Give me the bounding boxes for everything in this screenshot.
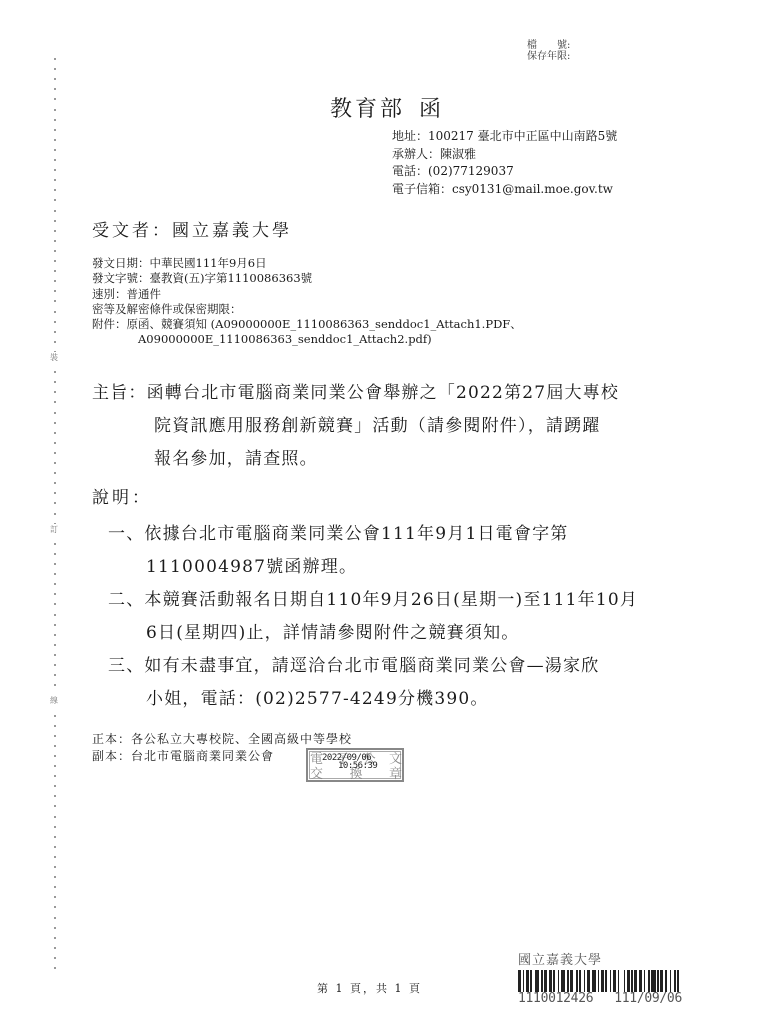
binding-dot <box>54 452 56 454</box>
binding-dot <box>54 119 56 121</box>
document-type: 函 <box>419 97 444 122</box>
binding-dot <box>54 684 56 686</box>
binding-dot <box>54 735 56 737</box>
binding-dot <box>54 422 56 424</box>
binding-dot <box>54 250 56 252</box>
binding-dot <box>54 412 56 414</box>
binding-dot <box>54 765 56 767</box>
binding-dot <box>54 341 56 343</box>
binding-dot <box>54 644 56 646</box>
binding-dot <box>54 129 56 131</box>
binding-dot <box>54 654 56 656</box>
binding-dot <box>54 674 56 676</box>
binding-mark: 訂 <box>50 524 58 535</box>
electronic-exchange-stamp: 電 子 公 文 交 換 章 2022/09/06 10:56:39 <box>306 748 404 782</box>
agency-name: 教育部 <box>330 97 405 122</box>
binding-dot <box>54 906 56 908</box>
binding-dot <box>54 593 56 595</box>
binding-dot <box>54 220 56 222</box>
binding-margin-line: 裝訂線 <box>50 58 62 978</box>
binding-dot <box>54 876 56 878</box>
binding-dot <box>54 573 56 575</box>
binding-dot <box>54 603 56 605</box>
binding-dot <box>54 109 56 111</box>
contact-phone: 電話：(02)77129037 <box>392 163 617 181</box>
binding-dot <box>54 290 56 292</box>
binding-dot <box>54 189 56 191</box>
binding-dot <box>54 866 56 868</box>
issue-date: 發文日期：中華民國111年9月6日 <box>92 256 522 271</box>
binding-dot <box>54 816 56 818</box>
barcode <box>518 970 682 992</box>
binding-dot <box>54 583 56 585</box>
binding-dot <box>54 230 56 232</box>
binding-dot <box>54 179 56 181</box>
subject-line-3: 報名參加，請查照。 <box>92 443 619 476</box>
binding-dot <box>54 937 56 939</box>
binding-dot <box>54 78 56 80</box>
binding-dot <box>54 502 56 504</box>
binding-dot <box>54 321 56 323</box>
binding-dot <box>54 725 56 727</box>
recipient: 受文者：國立嘉義大學 <box>92 216 292 241</box>
page-indicator: 第 1 頁，共 1 頁 <box>317 980 422 996</box>
binding-dot <box>54 664 56 666</box>
document-title: 教育部函 <box>330 92 444 123</box>
binding-dot <box>54 472 56 474</box>
binding-dot <box>54 149 56 151</box>
retention-period-label: 保存年限: <box>527 51 570 62</box>
binding-mark: 裝 <box>50 352 58 363</box>
binding-dot <box>54 967 56 969</box>
binding-dot <box>54 159 56 161</box>
stamp-time: 10:56:39 <box>338 761 377 771</box>
binding-dot <box>54 442 56 444</box>
binding-dot <box>54 624 56 626</box>
binding-dot <box>54 280 56 282</box>
subject-line-2: 院資訊應用服務創新競賽」活動（請參閱附件），請踴躍 <box>92 410 619 443</box>
subject: 主旨：函轉台北市電腦商業同業公會舉辦之「2022第27屆大專校 院資訊應用服務創… <box>92 377 619 476</box>
original-recipients: 正本：各公私立大專校院、全國高級中等學校 <box>92 731 352 748</box>
binding-dot <box>54 917 56 919</box>
binding-dot <box>54 401 56 403</box>
binding-dot <box>54 88 56 90</box>
binding-dot <box>54 947 56 949</box>
binding-dot <box>54 331 56 333</box>
explanation-label: 說明： <box>92 483 152 508</box>
binding-dot <box>54 260 56 262</box>
subject-line-1: 主旨：函轉台北市電腦商業同業公會舉辦之「2022第27屆大專校 <box>92 377 619 410</box>
receipt-barcode-block: 國立嘉義大學 1110012426 111/09/06 <box>518 953 682 1006</box>
binding-dot <box>54 311 56 313</box>
binding-dot <box>54 614 56 616</box>
receipt-number: 1110012426 <box>518 992 593 1006</box>
explanation-item: 三、如有未盡事宜，請逕洽台北市電腦商業同業公會—湯家欣 小姐，電話：(02)25… <box>108 650 638 716</box>
document-number: 發文字號：臺教資(五)字第1110086363號 <box>92 271 522 286</box>
binding-dot <box>54 391 56 393</box>
binding-dot <box>54 826 56 828</box>
binding-dot <box>54 543 56 545</box>
binding-dot <box>54 896 56 898</box>
binding-dot <box>54 957 56 959</box>
binding-dot <box>54 856 56 858</box>
explanation-item: 二、本競賽活動報名日期自110年9月26日(星期一)至111年10月 6日(星期… <box>108 584 638 650</box>
binding-dot <box>54 98 56 100</box>
item-number: 二、 <box>108 590 144 610</box>
contact-person: 承辦人：陳淑雅 <box>392 146 617 164</box>
binding-dot <box>54 482 56 484</box>
binding-dot <box>54 492 56 494</box>
sender-address: 地址：100217 臺北市中正區中山南路5號 <box>392 128 617 146</box>
attachments-line-1: 附件：原函、競賽須知 (A09000000E_1110086363_senddo… <box>92 317 522 332</box>
urgency: 速別：普通件 <box>92 287 522 302</box>
binding-dot <box>54 795 56 797</box>
binding-mark: 線 <box>50 695 58 706</box>
binding-dot <box>54 927 56 929</box>
item-number: 三、 <box>108 656 144 676</box>
binding-dot <box>54 775 56 777</box>
binding-dot <box>54 240 56 242</box>
binding-dot <box>54 563 56 565</box>
binding-dot <box>54 199 56 201</box>
binding-dot <box>54 139 56 141</box>
binding-dot <box>54 432 56 434</box>
binding-dot <box>54 513 56 515</box>
item-number: 一、 <box>108 524 144 544</box>
binding-dot <box>54 58 56 60</box>
binding-dot <box>54 846 56 848</box>
receipt-date: 111/09/06 <box>614 992 682 1006</box>
binding-dot <box>54 371 56 373</box>
binding-dot <box>54 210 56 212</box>
binding-dot <box>54 886 56 888</box>
binding-dot <box>54 755 56 757</box>
sender-info: 地址：100217 臺北市中正區中山南路5號 承辦人：陳淑雅 電話：(02)77… <box>392 128 617 198</box>
binding-dot <box>54 715 56 717</box>
subject-label: 主旨： <box>92 383 147 403</box>
explanation-items: 一、依據台北市電腦商業同業公會111年9月1日電會字第 1110004987號函… <box>108 518 638 716</box>
contact-email: 電子信箱：csy0131@mail.moe.gov.tw <box>392 181 617 199</box>
binding-dot <box>54 805 56 807</box>
binding-dot <box>54 634 56 636</box>
binding-dot <box>54 553 56 555</box>
binding-dot <box>54 169 56 171</box>
confidentiality: 密等及解密條件或保密期限： <box>92 302 522 317</box>
binding-dot <box>54 381 56 383</box>
binding-dot <box>54 68 56 70</box>
attachments-line-2: A09000000E_1110086363_senddoc1_Attach2.p… <box>92 332 522 347</box>
receiver-org: 國立嘉義大學 <box>518 953 682 969</box>
binding-dot <box>54 785 56 787</box>
explanation-item: 一、依據台北市電腦商業同業公會111年9月1日電會字第 1110004987號函… <box>108 518 638 584</box>
binding-dot <box>54 300 56 302</box>
binding-dot <box>54 270 56 272</box>
document-meta: 發文日期：中華民國111年9月6日 發文字號：臺教資(五)字第111008636… <box>92 256 522 348</box>
binding-dot <box>54 836 56 838</box>
binding-dot <box>54 745 56 747</box>
file-number-label: 檔 號: <box>527 40 570 51</box>
binding-dot <box>54 462 56 464</box>
receipt-info: 1110012426 111/09/06 <box>518 992 682 1006</box>
archive-info: 檔 號: 保存年限: <box>527 40 570 62</box>
